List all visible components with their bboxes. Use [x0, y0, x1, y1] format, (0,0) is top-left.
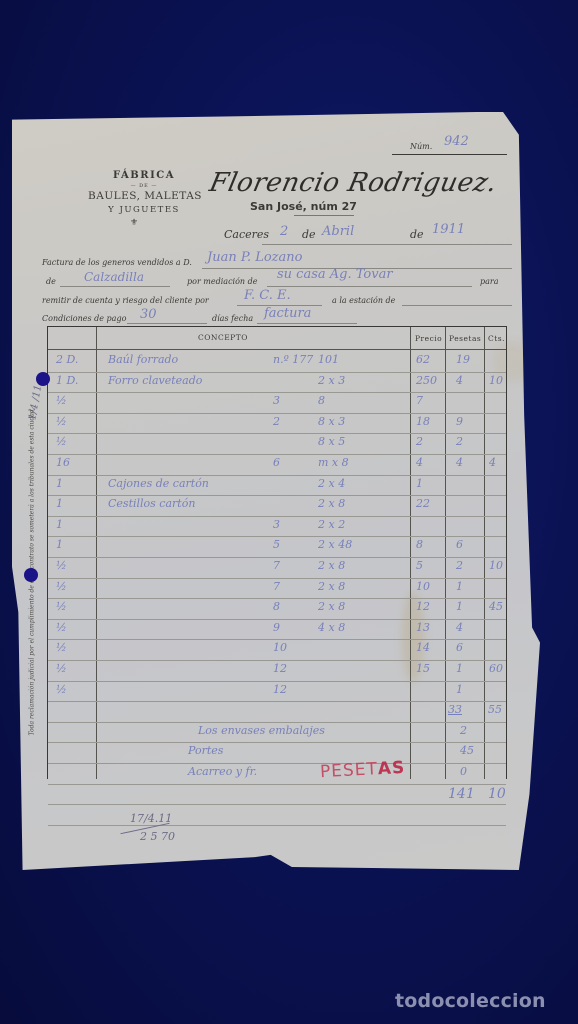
total-pesetas: 141 [448, 786, 475, 802]
row-size: 2 x 3 [318, 374, 345, 387]
row-detail: 9 [273, 621, 280, 634]
row-qty: ½ [56, 600, 67, 613]
row-concept: Cestillos cartón [108, 497, 195, 510]
row-qty: 16 [56, 456, 70, 469]
row-qty: ½ [56, 580, 67, 593]
row-pesetas: 1 [456, 580, 463, 593]
col-cts: Cts. [488, 334, 505, 343]
row-precio: 250 [416, 374, 437, 387]
row-pesetas: 2 [456, 435, 463, 448]
table-rule [48, 825, 506, 826]
row-pesetas: 1 [456, 683, 463, 696]
row-precio: 5 [416, 559, 423, 572]
row-precio: 12 [416, 600, 430, 613]
de-label: de [46, 277, 56, 286]
factory-title: FÁBRICA [74, 170, 214, 181]
binder-hole [36, 372, 50, 386]
row-cts: 10 [489, 374, 503, 387]
table-rule [48, 516, 506, 517]
row-pesetas: 19 [456, 353, 470, 366]
table-rule [48, 598, 506, 599]
total-cts: 10 [488, 786, 506, 802]
table-rule [48, 619, 506, 620]
table-rule [48, 475, 506, 476]
row-size: 2 x 4 [318, 477, 345, 490]
row-qty: 1 D. [56, 374, 78, 387]
row-precio: 14 [416, 641, 430, 654]
table-rule [48, 392, 506, 393]
brand-name: Florencio Rodriguez. [207, 168, 500, 198]
pencil-note-bottom: 2 5 70 [140, 830, 175, 843]
subtotal-pesetas: 33 [448, 703, 462, 716]
row-detail: 8 [273, 600, 280, 613]
condiciones-label: Condiciones de pago [42, 314, 126, 323]
row-size: 2 x 8 [318, 600, 345, 613]
row-qty: ½ [56, 415, 67, 428]
row-pesetas: 1 [456, 662, 463, 675]
row-pesetas: 4 [456, 621, 463, 634]
row-detail: 7 [273, 580, 280, 593]
number-underline [392, 154, 507, 155]
row-pesetas: 1 [456, 600, 463, 613]
row-size: 101 [318, 353, 339, 366]
row-detail: 12 [273, 683, 287, 696]
col-precio: Precio [415, 334, 442, 343]
row-size: m x 8 [318, 456, 349, 469]
table-rule [48, 763, 506, 764]
date-de-1: de [302, 228, 316, 241]
row-size: 2 x 2 [318, 518, 345, 531]
date-year: 1911 [432, 222, 465, 237]
invoice-table: CONCEPTO Precio Pesetas Cts. 2 D.Baúl fo… [47, 326, 507, 779]
row-size: 2 x 8 [318, 580, 345, 593]
row-precio: 18 [416, 415, 430, 428]
note-text: Los envases embalajes [198, 724, 325, 737]
row-pesetas: 6 [456, 538, 463, 551]
date-month: Abril [322, 224, 354, 239]
factory-line-2: Y JUGUETES [74, 205, 214, 215]
row-concept: Cajones de cartón [108, 477, 209, 490]
row-pesetas: 4 [456, 456, 463, 469]
factory-line-1: BAULES, MALETAS [70, 190, 220, 202]
note-text: Acarreo y fr. [188, 765, 257, 778]
row-size: 4 x 8 [318, 621, 345, 634]
row-size: 8 x 3 [318, 415, 345, 428]
vertical-legal-text-left: Toda reclamación judicial por el cumplim… [29, 356, 36, 736]
table-rule [48, 784, 506, 785]
table-rule [48, 804, 506, 805]
row-precio: 13 [416, 621, 430, 634]
number-label: Núm. [410, 142, 432, 151]
row-precio: 4 [416, 456, 423, 469]
table-rule [48, 557, 506, 558]
subtotal-cts: 55 [488, 703, 502, 716]
row-detail: 3 [273, 394, 280, 407]
row-cts: 4 [489, 456, 496, 469]
row-qty: ½ [56, 662, 67, 675]
row-pesetas: 6 [456, 641, 463, 654]
row-precio: 7 [416, 394, 423, 407]
note-pesetas: 45 [460, 744, 474, 757]
table-rule [48, 660, 506, 661]
col-concepto: CONCEPTO [198, 333, 248, 342]
row-precio: 62 [416, 353, 430, 366]
row-precio: 22 [416, 497, 430, 510]
invoice-number: 942 [444, 134, 469, 149]
row-cts: 60 [489, 662, 503, 675]
table-rule [48, 433, 506, 434]
row-cts: 10 [489, 559, 503, 572]
row-qty: 1 [56, 538, 63, 551]
row-detail: 2 [273, 415, 280, 428]
row-size: 8 x 5 [318, 435, 345, 448]
dias-value: factura [264, 306, 311, 321]
table-rule [48, 578, 506, 579]
watermark: todocoleccion [395, 990, 546, 1012]
row-detail: n.º 177 [273, 353, 313, 366]
row-concept: Forro claveteado [108, 374, 202, 387]
address-divider [294, 215, 354, 216]
row-detail: 5 [273, 538, 280, 551]
address: San José, núm 27 [250, 200, 357, 213]
date-day: 2 [280, 224, 288, 239]
row-qty: 1 [56, 518, 63, 531]
table-rule [48, 495, 506, 496]
table-rule [48, 372, 506, 373]
remitir-value: F. C. E. [244, 288, 291, 303]
table-rule [48, 681, 506, 682]
vertical-legal-text-right: Pasado un mes de su recibo no se respond… [523, 236, 531, 656]
row-precio: 1 [416, 477, 423, 490]
table-rule [48, 454, 506, 455]
table-rule [48, 701, 506, 702]
customer-town: Calzadilla [84, 270, 144, 284]
row-pesetas: 2 [456, 559, 463, 572]
row-precio: 10 [416, 580, 430, 593]
row-size: 8 [318, 394, 325, 407]
row-pesetas: 4 [456, 374, 463, 387]
table-rule [48, 742, 506, 743]
row-size: 2 x 48 [318, 538, 352, 551]
row-qty: ½ [56, 621, 67, 634]
invoice-paper: FÁBRICA — DE — BAULES, MALETAS Y JUGUETE… [12, 112, 540, 870]
row-size: 2 x 8 [318, 559, 345, 572]
condiciones-value: 30 [140, 307, 157, 322]
binder-hole [24, 568, 38, 582]
table-rule [48, 639, 506, 640]
note-text: Portes [188, 744, 223, 757]
note-pesetas: 2 [460, 724, 467, 737]
col-pesetas: Pesetas [449, 334, 481, 343]
note-pesetas: 0 [460, 765, 467, 778]
dias-label: días fecha [212, 314, 253, 323]
date-de-2: de [410, 228, 424, 241]
row-concept: Baúl forrado [108, 353, 178, 366]
estacion-label: a la estación de [332, 296, 395, 305]
row-detail: 3 [273, 518, 280, 531]
factura-label: Factura de los generos vendidos a D. [42, 258, 192, 267]
row-detail: 10 [273, 641, 287, 654]
ornament-icon: ⚜ [130, 218, 138, 228]
row-detail: 12 [273, 662, 287, 675]
row-detail: 6 [273, 456, 280, 469]
row-qty: 2 D. [56, 353, 78, 366]
customer-name: Juan P. Lozano [207, 250, 302, 265]
factory-de: — DE — [74, 183, 214, 189]
table-rule [48, 413, 506, 414]
remitir-label: remitir de cuenta y riesgo del cliente p… [42, 296, 209, 305]
row-detail: 7 [273, 559, 280, 572]
mediacion-value: su casa Ag. Tovar [277, 267, 393, 282]
para-label: para [480, 277, 498, 286]
row-precio: 2 [416, 435, 423, 448]
row-precio: 15 [416, 662, 430, 675]
mediacion-label: por mediación de [187, 277, 257, 286]
table-rule [48, 536, 506, 537]
row-size: 2 x 8 [318, 497, 345, 510]
row-qty: ½ [56, 683, 67, 696]
row-qty: ½ [56, 394, 67, 407]
row-qty: 1 [56, 497, 63, 510]
row-qty: ½ [56, 641, 67, 654]
place: Caceres [224, 228, 269, 241]
row-qty: 1 [56, 477, 63, 490]
row-pesetas: 9 [456, 415, 463, 428]
row-qty: ½ [56, 559, 67, 572]
table-rule [48, 722, 506, 723]
row-qty: ½ [56, 435, 67, 448]
row-cts: 45 [489, 600, 503, 613]
row-precio: 8 [416, 538, 423, 551]
